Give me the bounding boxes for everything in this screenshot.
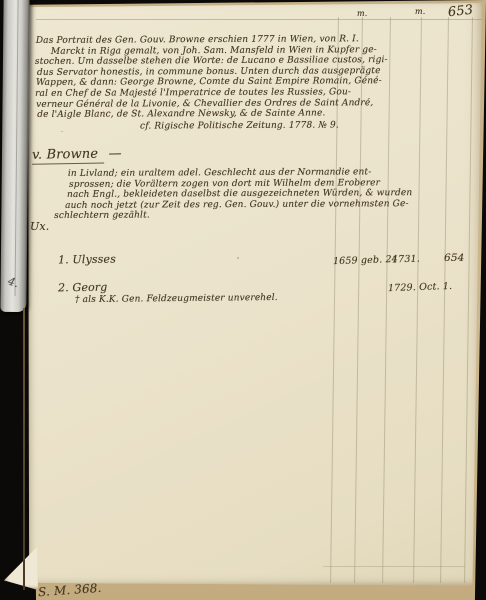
handwriting-line: ral en Chef de Sa Majesté l'Imperatrice … xyxy=(35,87,388,99)
paper-speck xyxy=(61,131,63,132)
entry-name: 2. Georg xyxy=(58,281,108,295)
folio-number: 653 xyxy=(447,3,474,21)
family-heading: v. Browne — xyxy=(32,146,122,163)
paper-speck xyxy=(208,108,209,110)
ruling-column-line xyxy=(413,17,422,583)
folded-corner xyxy=(4,546,38,590)
rolled-pages-edge xyxy=(0,0,29,312)
ruling-horizontal-bottom xyxy=(323,566,465,567)
entry-death-date: 1731. xyxy=(392,254,420,266)
spine-shadow-line xyxy=(23,308,25,590)
handwriting-line: schlechtern gezählt. xyxy=(54,209,413,221)
family-description: in Livland; ein uraltem adel. Geschlecht… xyxy=(68,167,414,222)
heading-dash: — xyxy=(108,146,121,161)
citation-line: cf. Rigische Politische Zeitung. 1778. №… xyxy=(140,120,339,132)
handwriting-line: de l'Aigle Blanc, de St. Alexandre Newsk… xyxy=(37,108,390,120)
uxor-label: Ux. xyxy=(30,220,49,233)
paper-speck xyxy=(237,257,239,259)
handwriting-line: auch noch jetzt (zur Zeit des reg. Gen. … xyxy=(65,199,414,211)
manuscript-scan: S. M. 368. m. m. 653 Das Portrait des Ge… xyxy=(0,0,486,600)
manuscript-page: m. m. 653 Das Portrait des Gen. Gouv. Br… xyxy=(28,3,482,587)
ruling-column-line xyxy=(464,17,473,583)
family-heading-text: v. Browne xyxy=(32,147,105,165)
entry-birth-date: 1659 geb. 24 xyxy=(333,254,398,267)
entry-ref-page: 654 xyxy=(444,252,465,264)
ruling-column-line xyxy=(440,17,449,583)
entry-note: † als K.K. Gen. Feldzeugmeister unverehe… xyxy=(75,293,278,305)
header-mark: m. xyxy=(357,9,367,18)
ruling-horizontal-top xyxy=(36,19,486,20)
entry-death-date: 1729. Oct. 1. xyxy=(388,281,453,294)
intro-paragraph: Das Portrait des Gen. Gouv. Browne ersch… xyxy=(36,34,389,121)
roll-seam xyxy=(15,0,19,296)
handwriting-line: dus Servator honestis, in commune bonus.… xyxy=(37,66,390,78)
header-mark: m. xyxy=(415,7,425,16)
underlying-page-note: S. M. 368. xyxy=(38,581,102,599)
entry-name: 1. Ulysses xyxy=(58,252,116,266)
